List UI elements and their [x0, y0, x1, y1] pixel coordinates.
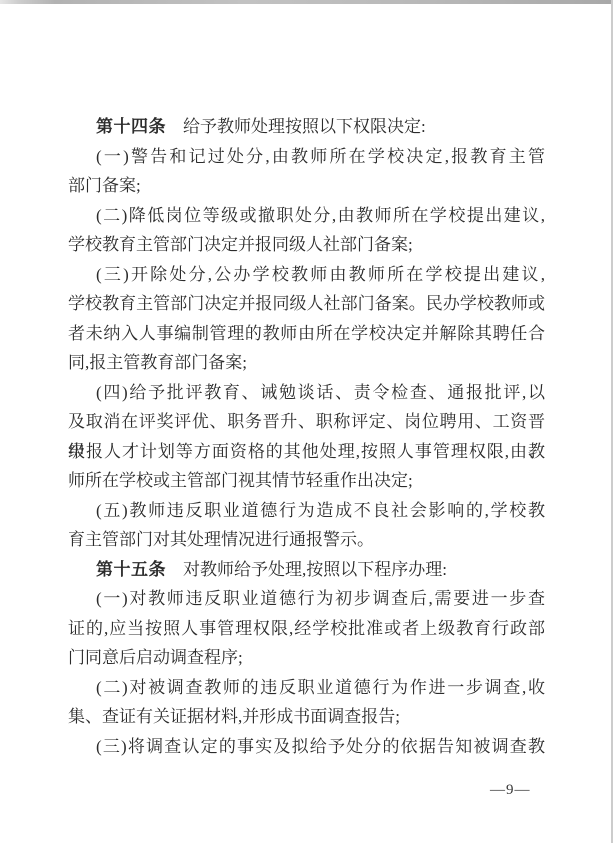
- document-line: 同,报主管教育部门备案;: [68, 348, 545, 378]
- document-body: 第十四条给予教师处理按照以下权限决定:(一)警告和记过处分,由教师所在学校决定,…: [68, 112, 545, 761]
- line-text: (三)将调查认定的事实及拟给予处分的依据告知被调查教: [96, 737, 545, 756]
- article-number: 第十五条: [96, 560, 166, 579]
- line-text: (一)警告和记过处分,由教师所在学校决定,报教育主管: [96, 147, 545, 166]
- line-text: 育主管部门对其处理情况进行通报警示。: [68, 530, 374, 549]
- line-text: 部门备案;: [68, 176, 141, 195]
- line-text: (二)降低岗位等级或撤职处分,由教师所在学校提出建议,: [96, 206, 545, 225]
- line-text: 学校教育主管部门决定并报同级人社部门备案;: [68, 235, 413, 254]
- line-text: 者未纳入人事编制管理的教师由所在学校决定并解除其聘任合: [68, 324, 545, 343]
- line-text: 学校教育主管部门决定并报同级人社部门备案。民办学校教师或: [68, 294, 545, 313]
- line-text: 师所在学校或主管部门视其情节轻重作出决定;: [68, 471, 413, 490]
- document-line: (一)对教师违反职业道德行为初步调查后,需要进一步查: [68, 584, 545, 614]
- document-line: 师所在学校或主管部门视其情节轻重作出决定;: [68, 466, 545, 496]
- document-line: 及取消在评奖评优、职务晋升、职称评定、岗位聘用、工资晋级、: [68, 407, 545, 437]
- line-text: (二)对被调查教师的违反职业道德行为作进一步调查,收: [96, 678, 545, 697]
- line-text: 门同意后启动调查程序;: [68, 648, 243, 667]
- line-text: 给予教师处理按照以下权限决定:: [183, 117, 426, 136]
- document-line: (四)给予批评教育、诫勉谈话、责令检查、通报批评,以: [68, 378, 545, 408]
- line-text: (一)对教师违反职业道德行为初步调查后,需要进一步查: [96, 589, 545, 608]
- document-line: 部门备案;: [68, 171, 545, 201]
- document-line: (三)开除处分,公办学校教师由教师所在学校提出建议,: [68, 260, 545, 290]
- document-line: 育主管部门对其处理情况进行通报警示。: [68, 525, 545, 555]
- article-number: 第十四条: [96, 117, 166, 136]
- line-text: (五)教师违反职业道德行为造成不良社会影响的,学校教: [96, 501, 545, 520]
- line-text: 同,报主管教育部门备案;: [68, 353, 247, 372]
- document-line: 申报人才计划等方面资格的其他处理,按照人事管理权限,由教: [68, 437, 545, 467]
- line-text: (四)给予批评教育、诫勉谈话、责令检查、通报批评,以: [96, 383, 545, 402]
- page-number: —9—: [490, 781, 531, 799]
- document-line: 门同意后启动调查程序;: [68, 643, 545, 673]
- line-text: 集、查证有关证据材料,并形成书面调查报告;: [68, 707, 400, 726]
- document-line: (五)教师违反职业道德行为造成不良社会影响的,学校教: [68, 496, 545, 526]
- line-text: 申报人才计划等方面资格的其他处理,按照人事管理权限,由教: [68, 442, 545, 461]
- document-line: 集、查证有关证据材料,并形成书面调查报告;: [68, 702, 545, 732]
- document-line: 学校教育主管部门决定并报同级人社部门备案;: [68, 230, 545, 260]
- document-line: (一)警告和记过处分,由教师所在学校决定,报教育主管: [68, 142, 545, 172]
- document-line: 证的,应当按照人事管理权限,经学校批准或者上级教育行政部: [68, 614, 545, 644]
- document-line: 第十五条对教师给予处理,按照以下程序办理:: [68, 555, 545, 585]
- document-line: (三)将调查认定的事实及拟给予处分的依据告知被调查教: [68, 732, 545, 762]
- scan-top-edge-artifact: [0, 0, 613, 4]
- document-line: 者未纳入人事编制管理的教师由所在学校决定并解除其聘任合: [68, 319, 545, 349]
- line-text: 对教师给予处理,按照以下程序办理:: [183, 560, 447, 579]
- line-text: (三)开除处分,公办学校教师由教师所在学校提出建议,: [96, 265, 545, 284]
- document-line: (二)对被调查教师的违反职业道德行为作进一步调查,收: [68, 673, 545, 703]
- document-line: (二)降低岗位等级或撤职处分,由教师所在学校提出建议,: [68, 201, 545, 231]
- document-line: 第十四条给予教师处理按照以下权限决定:: [68, 112, 545, 142]
- line-text: 证的,应当按照人事管理权限,经学校批准或者上级教育行政部: [68, 619, 545, 638]
- document-line: 学校教育主管部门决定并报同级人社部门备案。民办学校教师或: [68, 289, 545, 319]
- scanned-document-page: 第十四条给予教师处理按照以下权限决定:(一)警告和记过处分,由教师所在学校决定,…: [0, 0, 613, 843]
